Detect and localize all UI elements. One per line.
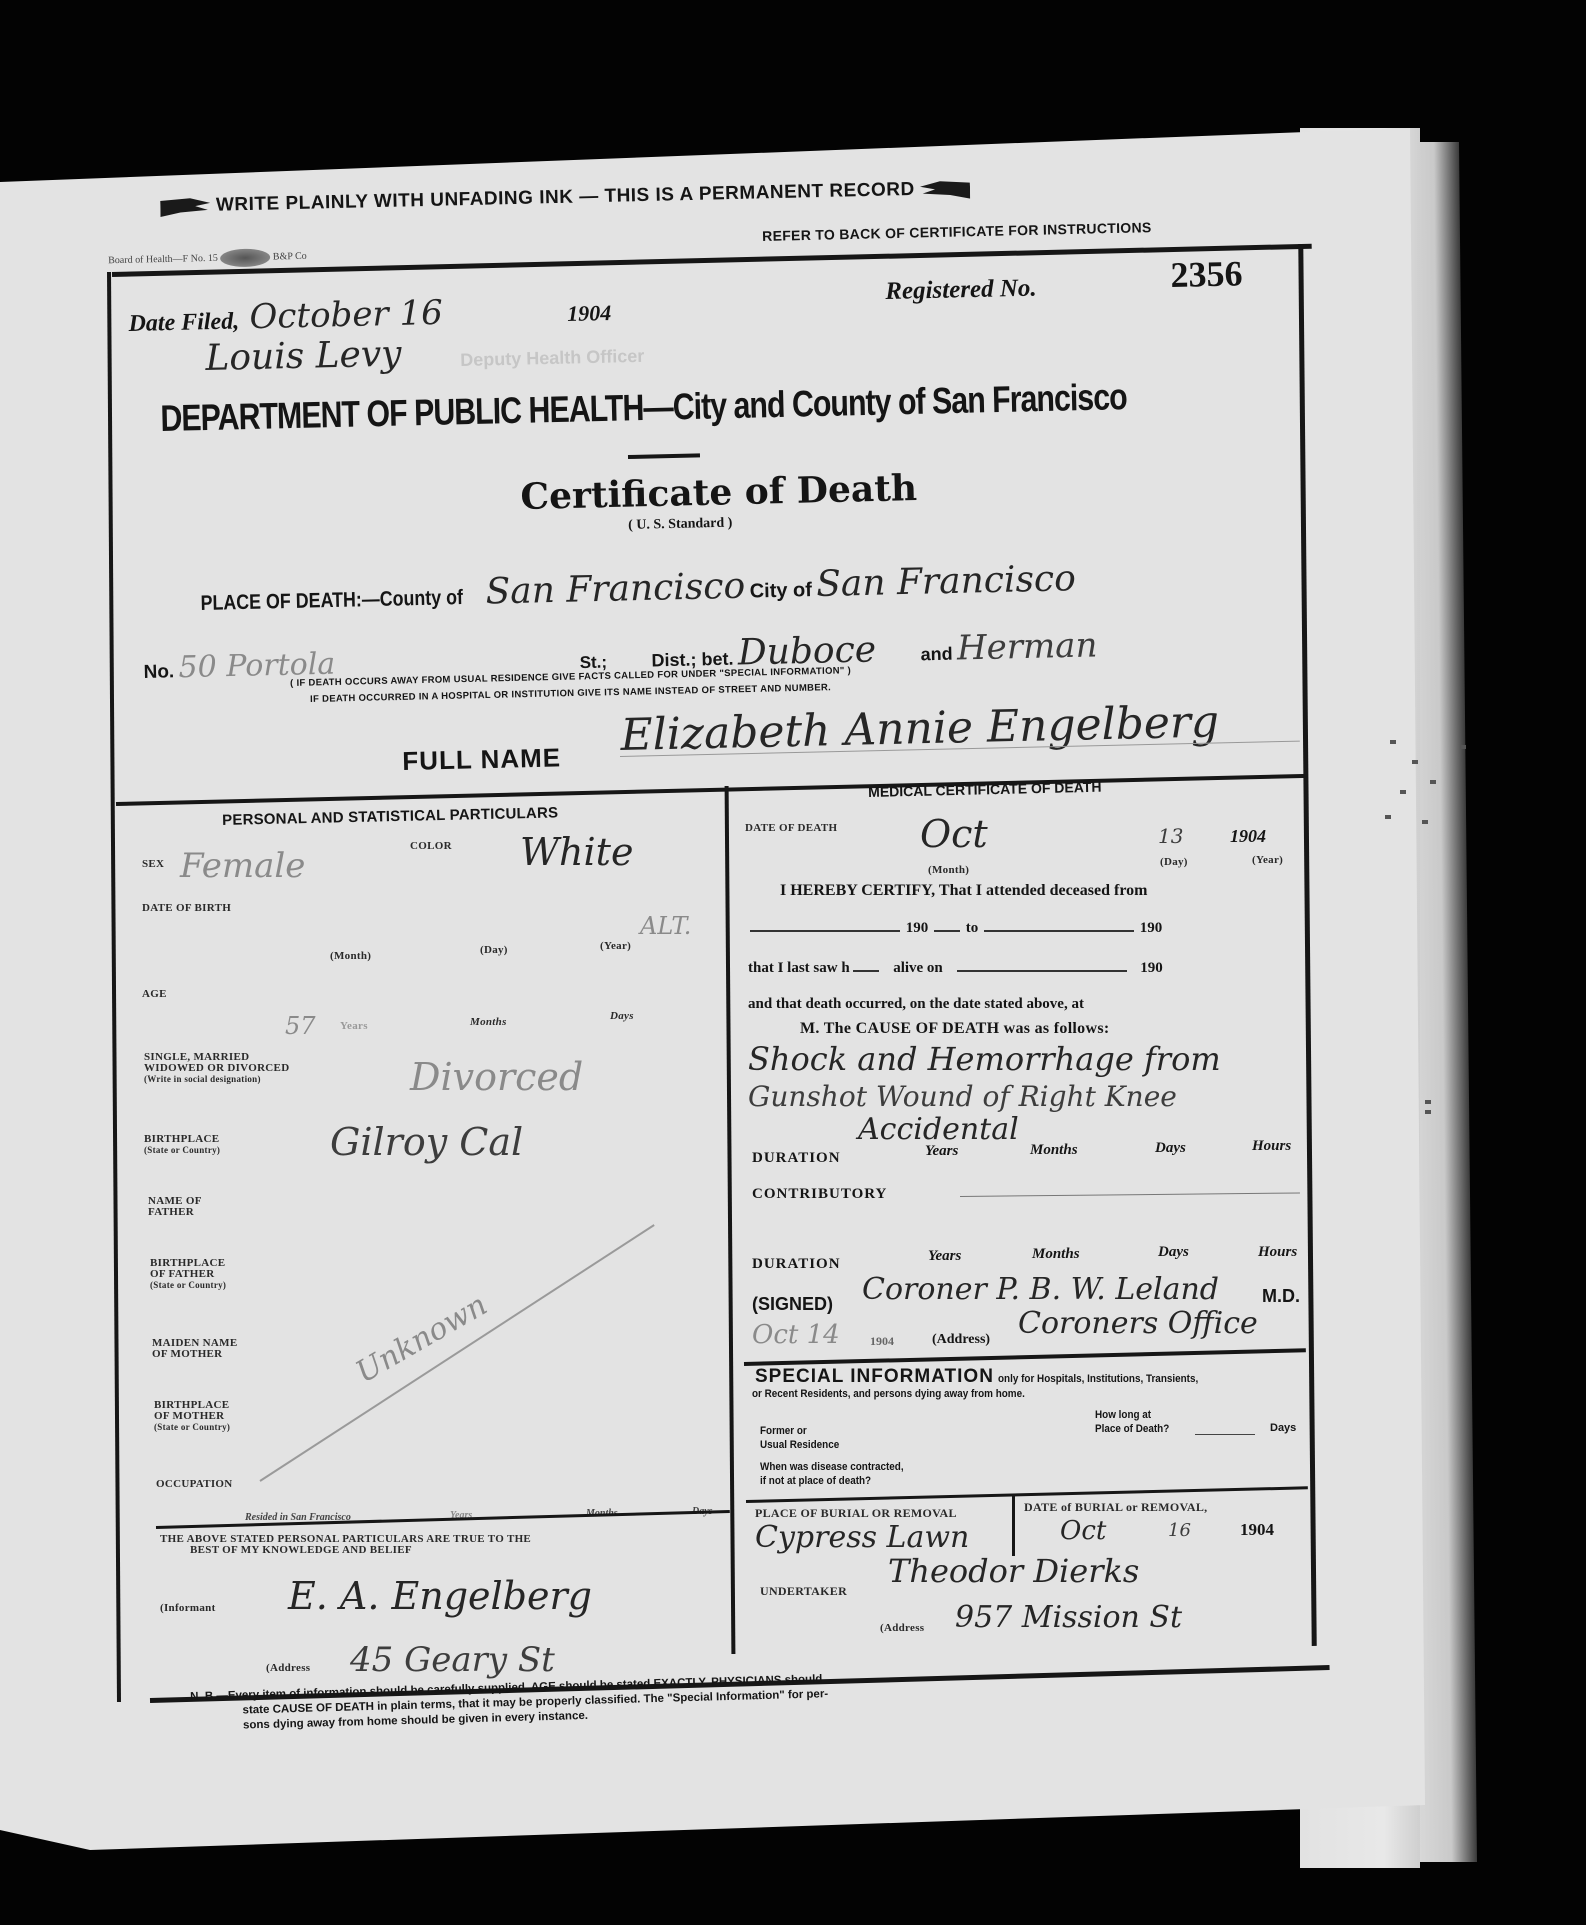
mother-birthplace-line: OF MOTHER (154, 1411, 230, 1422)
informant-divider (156, 1510, 730, 1529)
printer-text: B&P Co (273, 251, 307, 263)
form-code-text: Board of Health—F No. 15 (108, 253, 218, 266)
no-label: No. (143, 661, 174, 683)
certificate-title: Certificate of Death (520, 467, 917, 518)
marital-label-line: (Write in social designation) (144, 1074, 289, 1085)
medical-heading: MEDICAL CERTIFICATE OF DEATH (868, 779, 1102, 800)
last-saw-row: that I last saw h alive on 190 (748, 960, 1163, 977)
duration2-days: Days (1158, 1244, 1189, 1261)
sex-value: Female (180, 846, 305, 886)
informant-address-label: (Address (266, 1662, 310, 1674)
pointing-hand-icon (160, 196, 210, 217)
special-days-label: Days (1270, 1422, 1296, 1434)
former-residence-line: Usual Residence (760, 1438, 839, 1452)
union-seal-icon (220, 248, 270, 267)
special-heading: SPECIAL INFORMATION (755, 1366, 994, 1387)
st-label: St.; (579, 652, 607, 672)
dob-year-label: (Year) (600, 940, 631, 952)
burial-date-month: Oct (1060, 1516, 1106, 1546)
informant-statement-line: BEST OF MY KNOWLEDGE AND BELIEF (160, 1545, 531, 1556)
dob-month-label: (Month) (330, 950, 371, 962)
cause-line-3: Accidental (858, 1112, 1019, 1147)
how-long-label: How long at Place of Death? (1095, 1408, 1169, 1436)
age-months-label: Months (470, 1016, 507, 1028)
signed-label: (SIGNED) (752, 1294, 833, 1315)
death-month-label: (Month) (928, 864, 969, 876)
date-filed-value: October 16 (249, 293, 443, 337)
full-name-value: Elizabeth Annie Engelberg (620, 696, 1220, 761)
duration-label: DURATION (752, 1150, 841, 1167)
mother-birthplace-label: BIRTHPLACE OF MOTHER (State or Country) (154, 1400, 230, 1433)
special-subline: or Recent Residents, and persons dying a… (752, 1388, 1025, 1400)
death-day-label: (Day) (1160, 856, 1188, 868)
undertaker-address-value: 957 Mission St (955, 1600, 1182, 1635)
certificate-sheet: WRITE PLAINLY WITH UNFADING INK — THIS I… (0, 0, 1586, 1925)
contributory-line (960, 1192, 1300, 1197)
birthplace-value: Gilroy Cal (330, 1120, 523, 1164)
father-birthplace-label: BIRTHPLACE OF FATHER (State or Country) (150, 1258, 226, 1291)
occupation-label: OCCUPATION (156, 1478, 233, 1490)
alive-on-label: alive on (893, 960, 943, 976)
dob-day-label: (Day) (480, 944, 508, 956)
certify-190c: 190 (1140, 960, 1163, 976)
mother-birthplace-line: (State or Country) (154, 1422, 230, 1433)
informant-address-value: 45 Geary St (350, 1640, 555, 1680)
contracted-label: When was disease contracted, if not at p… (760, 1460, 904, 1488)
how-long-line: Place of Death? (1095, 1422, 1169, 1436)
full-name-label: FULL NAME (402, 742, 561, 777)
burial-place-value: Cypress Lawn (755, 1520, 969, 1555)
place-of-death-label: PLACE OF DEATH:—County of (200, 586, 463, 616)
certify-dates-row: 190 to 190 (750, 920, 1162, 937)
city-label: City of (749, 579, 812, 602)
mother-maiden-line: OF MOTHER (152, 1349, 238, 1360)
medical-address-label: (Address) (932, 1332, 990, 1348)
birthplace-label-line: (State or Country) (144, 1145, 220, 1156)
us-standard: ( U. S. Standard ) (628, 516, 733, 534)
medical-address-value: Coroners Office (1018, 1306, 1258, 1341)
and-label: and (920, 644, 952, 665)
birthplace-label: BIRTHPLACE (State or Country) (144, 1134, 220, 1156)
footnote: N. B.—Every item of information should b… (190, 1672, 829, 1735)
certify-190a: 190 (906, 920, 929, 936)
age-value: 57 (285, 1012, 316, 1040)
how-long-blank (1195, 1434, 1255, 1435)
signed-year: 1904 (870, 1334, 894, 1349)
how-long-line: How long at (1095, 1408, 1169, 1422)
place-of-death-row: PLACE OF DEATH:—County of San Francisco … (200, 558, 1076, 619)
registered-label: Registered No. (885, 275, 1037, 306)
special-heading-tail: only for Hospitals, Institutions, Transi… (998, 1373, 1198, 1385)
duration2-years: Years (928, 1248, 961, 1265)
officer-signature: Louis Levy (205, 334, 402, 379)
father-name-label-line: FATHER (148, 1207, 202, 1218)
date-filed-label: Date Filed, (128, 308, 239, 337)
age-label: AGE (142, 988, 167, 1000)
contributory-label: CONTRIBUTORY (752, 1186, 887, 1203)
pointing-hand-icon (920, 179, 970, 200)
death-year-value: 1904 (1230, 826, 1266, 847)
frame-left (107, 272, 121, 1702)
duration2-hours: Hours (1258, 1244, 1297, 1261)
mother-maiden-label: MAIDEN NAME OF MOTHER (152, 1338, 238, 1360)
section-divider (116, 774, 1308, 806)
special-heading-row: SPECIAL INFORMATION only for Hospitals, … (755, 1366, 1221, 1388)
banner-text: WRITE PLAINLY WITH UNFADING INK — THIS I… (216, 179, 915, 216)
personal-heading: PERSONAL AND STATISTICAL PARTICULARS (222, 804, 558, 829)
sex-label: SEX (142, 858, 164, 870)
special-divider (744, 1348, 1306, 1366)
footnote-prefix: N. B.— (190, 1690, 228, 1703)
between-street-2: Herman (956, 625, 1097, 668)
burial-date-day: 16 (1168, 1520, 1191, 1541)
last-saw-label: that I last saw h (748, 960, 850, 976)
burial-column-divider (1012, 1494, 1015, 1556)
duration-months: Months (1030, 1142, 1078, 1159)
father-name-label: NAME OF FATHER (148, 1196, 202, 1218)
marital-label: SINGLE, MARRIED WIDOWED OR DIVORCED (Wri… (144, 1052, 289, 1085)
cause-line-1: Shock and Hemorrhage from (748, 1040, 1221, 1078)
certify-to: to (966, 920, 979, 936)
duration2-label: DURATION (752, 1256, 841, 1273)
undertaker-address-label: (Address (880, 1622, 924, 1634)
burial-date-label: DATE of BURIAL or REMOVAL, (1024, 1500, 1208, 1515)
death-occurred-text: and that death occurred, on the date sta… (748, 996, 1084, 1013)
former-residence-line: Former or (760, 1424, 839, 1438)
city-value: San Francisco (816, 558, 1076, 605)
unknown-strike-line (259, 1224, 654, 1482)
duration-years: Years (925, 1143, 958, 1160)
frame-right (1298, 244, 1316, 1646)
birthplace-label-line: BIRTHPLACE (144, 1134, 220, 1145)
contracted-line: When was disease contracted, (760, 1460, 904, 1474)
former-residence-label: Former or Usual Residence (760, 1424, 839, 1452)
father-birthplace-line: OF FATHER (150, 1269, 226, 1280)
duration-hours: Hours (1252, 1138, 1291, 1155)
instructions-note: REFER TO BACK OF CERTIFICATE FOR INSTRUC… (762, 219, 1152, 244)
certify-text: I HEREBY CERTIFY, That I attended deceas… (780, 882, 1147, 900)
age-days-label: Days (610, 1010, 634, 1022)
color-label: COLOR (410, 840, 452, 852)
column-divider (725, 786, 736, 1654)
color-value: White (520, 830, 633, 874)
marital-label-line: WIDOWED OR DIVORCED (144, 1063, 289, 1074)
informant-label: (Informant (160, 1602, 216, 1614)
death-month-value: Oct (920, 812, 988, 856)
date-filed-year: 1904 (567, 300, 612, 326)
signed-date: Oct 14 (752, 1320, 840, 1350)
form-code: Board of Health—F No. 15 B&P Co (108, 247, 307, 269)
banner: WRITE PLAINLY WITH UNFADING INK — THIS I… (160, 178, 971, 218)
undertaker-label: UNDERTAKER (760, 1584, 847, 1599)
age-years-label: Years (340, 1020, 368, 1032)
dist-label: Dist.; bet. (651, 649, 733, 671)
burial-place-label: PLACE OF BURIAL OR REMOVAL (755, 1506, 957, 1521)
dob-year-value: ALT. (640, 912, 691, 940)
dob-label: DATE OF BIRTH (142, 902, 231, 914)
date-of-death-label: DATE OF DEATH (745, 822, 837, 834)
certify-190b: 190 (1140, 920, 1163, 936)
cause-line-2: Gunshot Wound of Right Knee (748, 1080, 1177, 1113)
title-divider (628, 453, 700, 459)
undertaker-value: Theodor Dierks (888, 1552, 1139, 1590)
informant-statement: THE ABOVE STATED PERSONAL PARTICULARS AR… (160, 1534, 531, 1556)
burial-date-year: 1904 (1240, 1520, 1274, 1540)
date-filed: Date Filed, October 16 1904 (128, 289, 612, 340)
death-year-label: (Year) (1252, 854, 1283, 866)
cause-heading: M. The CAUSE OF DEATH was as follows: (800, 1020, 1110, 1038)
father-birthplace-line: (State or Country) (150, 1280, 226, 1291)
department-title: DEPARTMENT OF PUBLIC HEALTH—City and Cou… (160, 376, 1127, 440)
duration2-months: Months (1032, 1246, 1080, 1263)
signed-value: Coroner P. B. W. Leland (862, 1272, 1219, 1307)
county-value: San Francisco (485, 566, 745, 613)
registered-number: 2356 (1170, 252, 1243, 296)
md-label: M.D. (1262, 1286, 1300, 1307)
officer-title: Deputy Health Officer (460, 346, 644, 371)
death-day-value: 13 (1158, 824, 1183, 848)
marital-value: Divorced (410, 1055, 583, 1099)
contracted-line: if not at place of death? (760, 1474, 904, 1488)
duration-days: Days (1155, 1140, 1186, 1157)
informant-value: E. A. Engelberg (288, 1574, 592, 1618)
